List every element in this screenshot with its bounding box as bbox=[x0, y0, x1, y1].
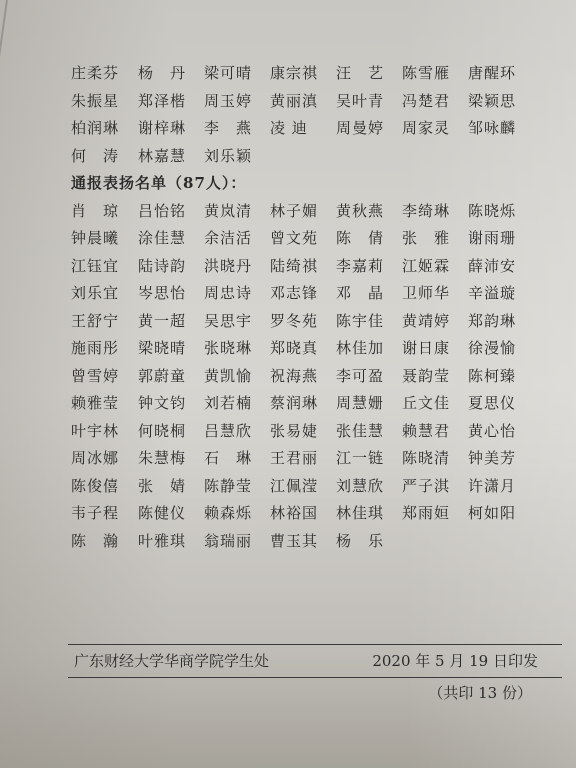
name: 王舒宁 bbox=[71, 308, 138, 336]
document-footer: 广东财经大学华商学院学生处 2020 年 5 月 19 日印发 （共印 13 份… bbox=[68, 644, 562, 708]
name: 陈 瀚 bbox=[71, 528, 138, 556]
name: 郭蔚童 bbox=[138, 363, 204, 391]
name: 赖森烁 bbox=[204, 500, 270, 528]
name: 谢雨珊 bbox=[468, 225, 534, 253]
name: 柏润琳 bbox=[71, 115, 138, 143]
name: 郑晓真 bbox=[270, 335, 336, 363]
name: 江佩滢 bbox=[270, 473, 336, 501]
name: 谢梓琳 bbox=[138, 115, 204, 143]
name: 罗冬苑 bbox=[270, 308, 336, 336]
name: 郑韵琳 bbox=[468, 308, 534, 336]
name: 张易婕 bbox=[270, 418, 336, 446]
print-copies: （共印 13 份） bbox=[68, 678, 562, 708]
issuer-name: 广东财经大学华商学院学生处 bbox=[74, 645, 269, 677]
name: 周家灵 bbox=[402, 115, 468, 143]
paper-fold-line bbox=[0, 0, 8, 70]
name: 翁瑞丽 bbox=[204, 528, 270, 556]
name-row: 施雨彤 梁晓晴 张晓琳 郑晓真 林佳加 谢日康 徐漫愉 bbox=[71, 335, 551, 363]
name-row: 肖 琼 吕怡铭 黄岚清 林子媚 黄秋燕 李绮琳 陈晓烁 bbox=[71, 198, 551, 226]
name: 黄秋燕 bbox=[336, 198, 402, 226]
name: 林裕国 bbox=[270, 500, 336, 528]
name-row: 钟晨曦 涂佳慧 余洁活 曾文苑 陈 倩 张 雅 谢雨珊 bbox=[71, 225, 551, 253]
name: 林嘉慧 bbox=[138, 143, 204, 171]
name: 聂韵莹 bbox=[402, 363, 468, 391]
name: 涂佳慧 bbox=[138, 225, 204, 253]
name: 余洁活 bbox=[204, 225, 270, 253]
name: 张佳慧 bbox=[336, 418, 402, 446]
name: 汪 艺 bbox=[336, 60, 402, 88]
name: 曾文苑 bbox=[270, 225, 336, 253]
name: 何 涛 bbox=[71, 143, 138, 171]
name: 江姬霖 bbox=[402, 253, 468, 281]
previous-name-list: 庄柔芬 杨 丹 梁可晴 康宗祺 汪 艺 陈雪雁 唐醒环 朱振星 郑泽楷 周玉婷 … bbox=[71, 60, 551, 170]
name: 吴思宇 bbox=[204, 308, 270, 336]
name: 李可盈 bbox=[336, 363, 402, 391]
name-row: 柏润琳 谢梓琳 李 燕 凌 迪 周曼婷 周家灵 邹咏麟 bbox=[71, 115, 551, 143]
name: 李嘉莉 bbox=[336, 253, 402, 281]
name: 许潇月 bbox=[468, 473, 534, 501]
name: 郑雨姮 bbox=[402, 500, 468, 528]
name: 赖雅莹 bbox=[71, 390, 138, 418]
issue-date: 2020 年 5 月 19 日印发 bbox=[372, 645, 538, 677]
name: 康宗祺 bbox=[270, 60, 336, 88]
name: 吕怡铭 bbox=[138, 198, 204, 226]
name: 肖 琼 bbox=[71, 198, 138, 226]
name-lists: 庄柔芬 杨 丹 梁可晴 康宗祺 汪 艺 陈雪雁 唐醒环 朱振星 郑泽楷 周玉婷 … bbox=[71, 60, 551, 555]
name-row: 周冰娜 朱慧梅 石 琳 王君丽 江一链 陈晓清 钟美芳 bbox=[71, 445, 551, 473]
name-row: 庄柔芬 杨 丹 梁可晴 康宗祺 汪 艺 陈雪雁 唐醒环 bbox=[71, 60, 551, 88]
name: 陈静莹 bbox=[204, 473, 270, 501]
name: 严子淇 bbox=[402, 473, 468, 501]
name: 李绮琳 bbox=[402, 198, 468, 226]
name: 黄心怡 bbox=[468, 418, 534, 446]
name-row: 陈俊僖 张 婧 陈静莹 江佩滢 刘慧欣 严子淇 许潇月 bbox=[71, 473, 551, 501]
name: 林子媚 bbox=[270, 198, 336, 226]
name: 何晓桐 bbox=[138, 418, 204, 446]
name: 柯如阳 bbox=[468, 500, 534, 528]
name: 凌 迪 bbox=[270, 115, 336, 143]
name: 黄凯愉 bbox=[204, 363, 270, 391]
name: 唐醒环 bbox=[468, 60, 534, 88]
name: 张晓琳 bbox=[204, 335, 270, 363]
name-row: 叶宇林 何晓桐 吕慧欣 张易婕 张佳慧 赖慧君 黄心怡 bbox=[71, 418, 551, 446]
name: 卫师华 bbox=[402, 280, 468, 308]
name: 周玉婷 bbox=[204, 88, 270, 116]
name: 吕慧欣 bbox=[204, 418, 270, 446]
name: 刘若楠 bbox=[204, 390, 270, 418]
name: 黄丽滇 bbox=[270, 88, 336, 116]
name: 陈晓清 bbox=[402, 445, 468, 473]
name: 洪晓丹 bbox=[204, 253, 270, 281]
name: 刘慧欣 bbox=[336, 473, 402, 501]
name: 刘乐宜 bbox=[71, 280, 138, 308]
name: 张 雅 bbox=[402, 225, 468, 253]
name: 周忠诗 bbox=[204, 280, 270, 308]
name: 夏思仪 bbox=[468, 390, 534, 418]
name-row: 朱振星 郑泽楷 周玉婷 黄丽滇 吴叶青 冯楚君 梁颖思 bbox=[71, 88, 551, 116]
name: 黄岚清 bbox=[204, 198, 270, 226]
name: 石 琳 bbox=[204, 445, 270, 473]
name: 钟文钧 bbox=[138, 390, 204, 418]
name: 辛溢璇 bbox=[468, 280, 534, 308]
name: 周曼婷 bbox=[336, 115, 402, 143]
name: 薛沛安 bbox=[468, 253, 534, 281]
name: 张 婧 bbox=[138, 473, 204, 501]
name: 邓 晶 bbox=[336, 280, 402, 308]
name: 赖慧君 bbox=[402, 418, 468, 446]
name: 钟美芳 bbox=[468, 445, 534, 473]
name: 祝海燕 bbox=[270, 363, 336, 391]
name: 陆诗韵 bbox=[138, 253, 204, 281]
name-row: 何 涛 林嘉慧 刘乐颖 bbox=[71, 143, 551, 171]
name: 陈晓烁 bbox=[468, 198, 534, 226]
name: 周冰娜 bbox=[71, 445, 138, 473]
name: 庄柔芬 bbox=[71, 60, 138, 88]
name: 邹咏麟 bbox=[468, 115, 534, 143]
name: 江钰宜 bbox=[71, 253, 138, 281]
name: 梁可晴 bbox=[204, 60, 270, 88]
name: 梁颖思 bbox=[468, 88, 534, 116]
name: 陆绮祺 bbox=[270, 253, 336, 281]
name: 叶雅琪 bbox=[138, 528, 204, 556]
name-row: 刘乐宜 岑思怡 周忠诗 邓志锋 邓 晶 卫师华 辛溢璇 bbox=[71, 280, 551, 308]
name: 黄靖婷 bbox=[402, 308, 468, 336]
name: 陈健仪 bbox=[138, 500, 204, 528]
name: 林佳琪 bbox=[336, 500, 402, 528]
name: 曾雪婷 bbox=[71, 363, 138, 391]
name-row: 韦子程 陈健仪 赖森烁 林裕国 林佳琪 郑雨姮 柯如阳 bbox=[71, 500, 551, 528]
commendation-name-list: 肖 琼 吕怡铭 黄岚清 林子媚 黄秋燕 李绮琳 陈晓烁 钟晨曦 涂佳慧 余洁活 … bbox=[71, 198, 551, 556]
name: 周慧姗 bbox=[336, 390, 402, 418]
name: 林佳加 bbox=[336, 335, 402, 363]
name: 徐漫愉 bbox=[468, 335, 534, 363]
name: 曹玉其 bbox=[270, 528, 336, 556]
name-row: 江钰宜 陆诗韵 洪晓丹 陆绮祺 李嘉莉 江姬霖 薛沛安 bbox=[71, 253, 551, 281]
name-row: 曾雪婷 郭蔚童 黄凯愉 祝海燕 李可盈 聂韵莹 陈柯臻 bbox=[71, 363, 551, 391]
name: 王君丽 bbox=[270, 445, 336, 473]
name: 丘文佳 bbox=[402, 390, 468, 418]
name: 叶宇林 bbox=[71, 418, 138, 446]
name: 邓志锋 bbox=[270, 280, 336, 308]
footer-issuer-line: 广东财经大学华商学院学生处 2020 年 5 月 19 日印发 bbox=[68, 645, 562, 677]
name-row: 赖雅莹 钟文钧 刘若楠 蔡润琳 周慧姗 丘文佳 夏思仪 bbox=[71, 390, 551, 418]
name: 陈柯臻 bbox=[468, 363, 534, 391]
name: 蔡润琳 bbox=[270, 390, 336, 418]
name: 陈宇佳 bbox=[336, 308, 402, 336]
name: 黄一超 bbox=[138, 308, 204, 336]
name: 刘乐颖 bbox=[204, 143, 270, 171]
name: 杨 丹 bbox=[138, 60, 204, 88]
name-row: 陈 瀚 叶雅琪 翁瑞丽 曹玉其 杨 乐 bbox=[71, 528, 551, 556]
name: 江一链 bbox=[336, 445, 402, 473]
name: 陈 倩 bbox=[336, 225, 402, 253]
name: 岑思怡 bbox=[138, 280, 204, 308]
name: 冯楚君 bbox=[402, 88, 468, 116]
name: 吴叶青 bbox=[336, 88, 402, 116]
name: 李 燕 bbox=[204, 115, 270, 143]
name: 施雨彤 bbox=[71, 335, 138, 363]
name: 陈雪雁 bbox=[402, 60, 468, 88]
name: 郑泽楷 bbox=[138, 88, 204, 116]
name-row: 王舒宁 黄一超 吴思宇 罗冬苑 陈宇佳 黄靖婷 郑韵琳 bbox=[71, 308, 551, 336]
name: 朱振星 bbox=[71, 88, 138, 116]
name: 朱慧梅 bbox=[138, 445, 204, 473]
commendation-list-heading: 通报表扬名单（87人）： bbox=[71, 170, 551, 198]
name: 谢日康 bbox=[402, 335, 468, 363]
document-page: 庄柔芬 杨 丹 梁可晴 康宗祺 汪 艺 陈雪雁 唐醒环 朱振星 郑泽楷 周玉婷 … bbox=[0, 0, 576, 768]
name: 钟晨曦 bbox=[71, 225, 138, 253]
name: 杨 乐 bbox=[336, 528, 402, 556]
name: 韦子程 bbox=[71, 500, 138, 528]
name: 梁晓晴 bbox=[138, 335, 204, 363]
name: 陈俊僖 bbox=[71, 473, 138, 501]
